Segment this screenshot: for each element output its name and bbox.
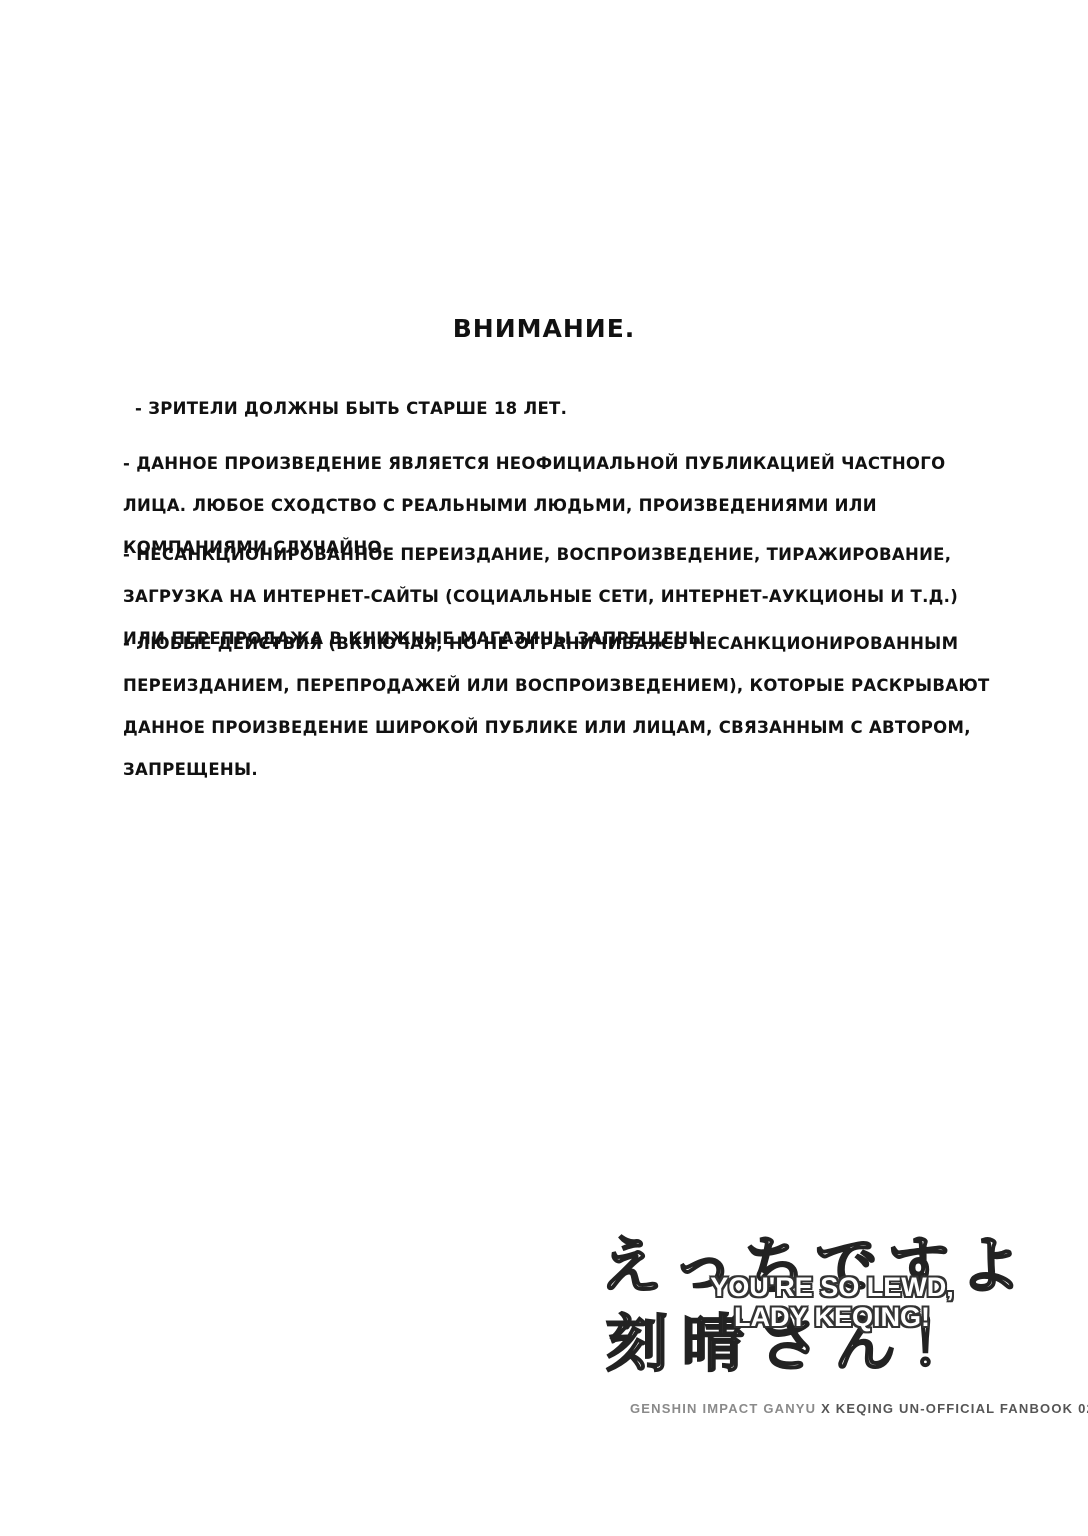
fanbook-subtitle: GENSHIN IMPACT GANYU X KEQING UN-OFFICIA… [630,1401,1088,1416]
subtitle-series: GENSHIN IMPACT GANYU [630,1401,816,1416]
notice-disclosure-prohibited: - любые действия (включая, но не огранич… [123,612,953,801]
notice-line: запрещены. [123,759,953,780]
notice-line: - несанкционированное переиздание, воспр… [123,544,953,565]
notice-line: данное произведение широкой публике или … [123,717,953,738]
notice-line: загрузка на интернет-сайты (социальные с… [123,586,953,607]
warning-title: Внимание. [0,314,1088,343]
subtitle-pairing: X KEQING UN-OFFICIAL FANBOOK 02 [821,1401,1088,1416]
notice-line: лица. любое сходство с реальными людьми,… [123,495,953,516]
logo-english-line-1: YOU'RE SO LEWD, [636,1272,1028,1302]
notice-line: - зрители должны быть старше 18 лет. [135,398,965,419]
logo-english-title: YOU'RE SO LEWD, LADY KEQING! [596,1272,1028,1332]
notice-line: - любые действия (включая, но не огранич… [123,633,953,654]
notice-age-restriction: - зрители должны быть старше 18 лет. [135,377,965,440]
title-logo: えっちですよ 刻晴さん！ YOU'RE SO LEWD, LADY KEQING… [596,1222,1028,1397]
logo-english-line-2: LADY KEQING! [636,1302,1028,1332]
notice-line: - данное произведение является неофициал… [123,453,953,474]
notice-line: переизданием, перепродажей или воспроизв… [123,675,953,696]
